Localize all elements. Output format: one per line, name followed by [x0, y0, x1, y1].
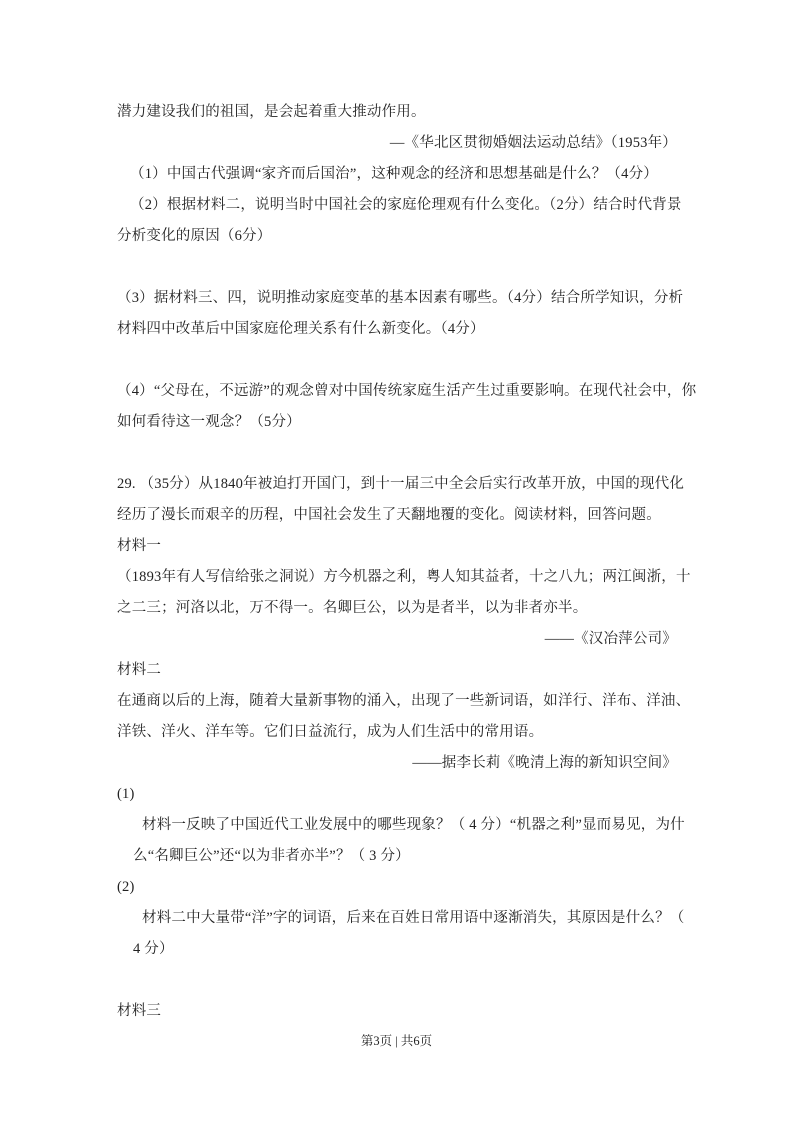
material2-citation: ——据李长莉《晚清上海的新知识空间》 — [117, 748, 677, 779]
material2-label: 材料二 — [117, 655, 677, 686]
q29-stem-line1: 29. （35分）从1840年被迫打开国门，到十一届三中全会后实行改革开放，中国… — [117, 469, 677, 500]
q28-sub3-line1: （3）据材料三、四，说明推动家庭变革的基本因素有哪些。（4分）结合所学知识，分析 — [117, 283, 677, 314]
q29-sub2-line1: 材料二中大量带“洋”字的词语，后来在百姓日常用语中逐渐消失，其原因是什么？（ — [117, 903, 677, 934]
q28-sub4-line2: 如何看待这一观念？（5分） — [117, 407, 677, 438]
material1-line1: （1893年有人写信给张之洞说）方今机器之利，粤人知其益者，十之八九；两江闽浙，… — [117, 562, 677, 593]
document-page: 潜力建设我们的祖国，是会起着重大推动作用。—《华北区贯彻婚姻法运动总结》（195… — [0, 0, 793, 1122]
q28-citation: —《华北区贯彻婚姻法运动总结》（1953年） — [117, 128, 677, 159]
q28-sub3-line2: 材料四中改革后中国家庭伦理关系有什么新变化。（4分） — [117, 314, 677, 345]
q28-sub4-line1: （4）“父母在，不远游”的观念曾对中国传统家庭生活产生过重要影响。在现代社会中，… — [117, 376, 677, 407]
page-footer: 第3页 | 共6页 — [0, 1032, 793, 1050]
q29-sub2-line2: 4 分） — [117, 934, 677, 965]
q29-sub1-line1: 材料一反映了中国近代工业发展中的哪些现象？（ 4 分）“机器之利”显而易见，为什 — [117, 810, 677, 841]
material3-label: 材料三 — [117, 996, 677, 1027]
page-number-label: 第3页 | 共6页 — [361, 1034, 432, 1048]
spacer — [117, 252, 677, 283]
q28-intro-tail: 潜力建设我们的祖国，是会起着重大推动作用。 — [117, 97, 677, 128]
spacer — [117, 965, 677, 996]
material1-label: 材料一 — [117, 531, 677, 562]
material2-line1: 在通商以后的上海，随着大量新事物的涌入，出现了一些新词语，如洋行、洋布、洋油、 — [117, 686, 677, 717]
q29-stem-line2: 经历了漫长而艰辛的历程，中国社会发生了天翻地覆的变化。阅读材料，回答问题。 — [117, 500, 677, 531]
q28-sub1: （1）中国古代强调“家齐而后国治”，这种观念的经济和思想基础是什么？（4分） — [117, 159, 677, 190]
spacer — [117, 438, 677, 469]
page-content: 潜力建设我们的祖国，是会起着重大推动作用。—《华北区贯彻婚姻法运动总结》（195… — [117, 97, 677, 1027]
q28-sub2-line1: （2）根据材料二，说明当时中国社会的家庭伦理观有什么变化。（2分）结合时代背景 — [117, 190, 677, 221]
q28-sub2-line2: 分析变化的原因（6分） — [117, 221, 677, 252]
spacer — [117, 345, 677, 376]
material1-citation: ——《汉冶萍公司》 — [117, 624, 677, 655]
q29-sub1-line2: 么“名卿巨公”还“以为非者亦半”？（ 3 分） — [117, 841, 677, 872]
q29-sub1-label: (1) — [117, 779, 677, 810]
q29-sub2-label: (2) — [117, 872, 677, 903]
material1-line2: 之二三；河洛以北，万不得一。名卿巨公，以为是者半，以为非者亦半。 — [117, 593, 677, 624]
material2-line2: 洋铁、洋火、洋车等。它们日益流行，成为人们生活中的常用语。 — [117, 717, 677, 748]
